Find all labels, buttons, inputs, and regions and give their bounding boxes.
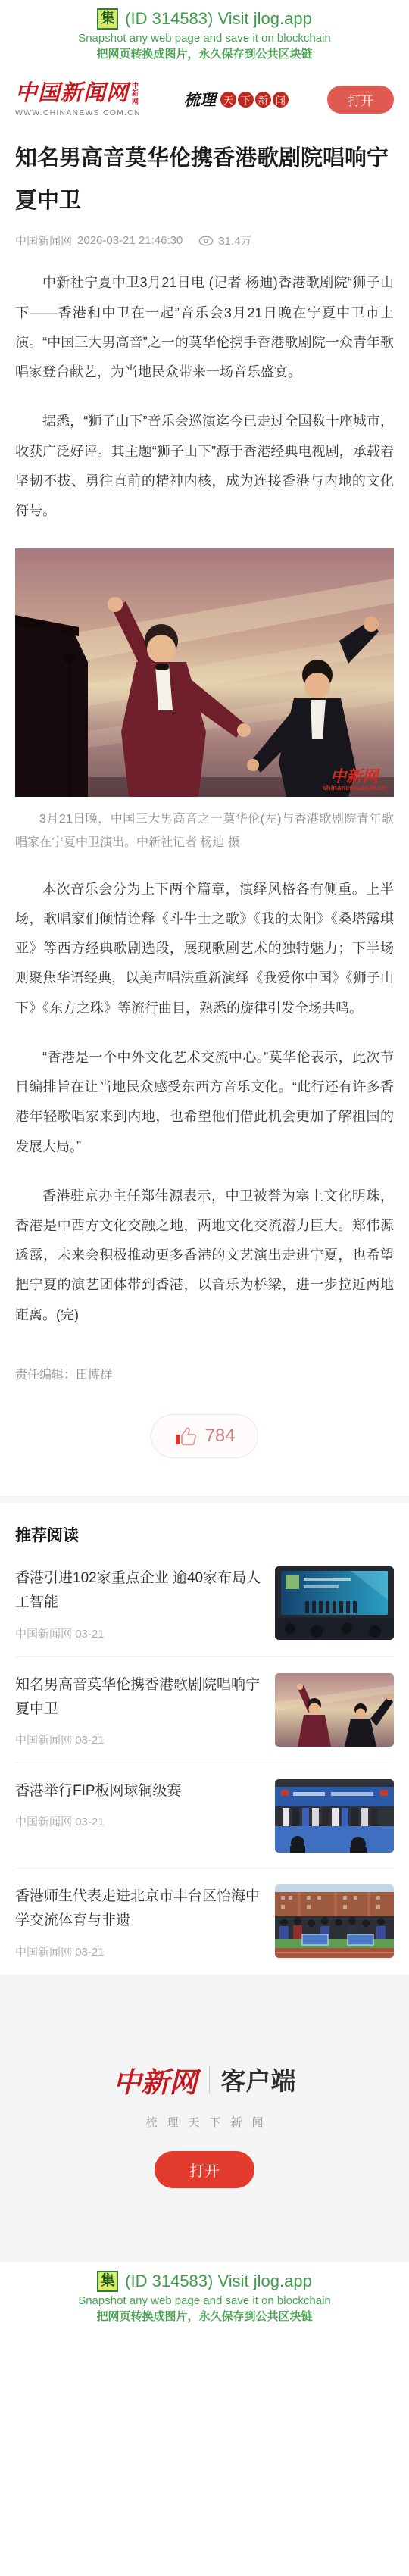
recommended-thumbnail [275, 1779, 394, 1853]
article-datetime: 2026-03-21 21:46:30 [77, 234, 183, 247]
open-app-button-header[interactable]: 打开 [327, 86, 394, 114]
jlog-banner-subtitle-zh: 把网页转换成图片，永久保存到公共区块链 [0, 2308, 409, 2324]
footer-slogan: 梳理天下新闻 [0, 2114, 409, 2130]
jlog-icon: 集 [97, 2271, 118, 2292]
slogan-circle-char: 天 [220, 92, 236, 108]
jlog-icon: 集 [97, 8, 118, 30]
recommended-source: 中国新闻网 03-21 [15, 1731, 263, 1747]
paragraph: 中新社宁夏中卫3月21日电 (记者 杨迪)香港歌剧院“狮子山下——香港和中卫在一… [15, 268, 394, 387]
slogan-prefix: 梳理 [184, 88, 216, 111]
jlog-banner-subtitle-en: Snapshot any web page and save it on blo… [0, 32, 409, 45]
article-source: 中国新闻网 [15, 233, 72, 248]
page: 集 (ID 314583) Visit jlog.app Snapshot an… [0, 0, 409, 2334]
slogan-graphic: 梳理 天 下 新 闻 [184, 88, 289, 111]
section-divider [0, 1496, 409, 1503]
recommended-item[interactable]: 香港举行FIP板网球铜级赛 中国新闻网 03-21 [15, 1763, 394, 1869]
recommended-source: 中国新闻网 03-21 [15, 1813, 263, 1829]
slogan-circle-char: 下 [238, 92, 254, 108]
jlog-ad-banner-bottom[interactable]: 集 (ID 314583) Visit jlog.app Snapshot an… [0, 2262, 409, 2334]
slogan-circle-char: 闻 [273, 92, 289, 108]
recommended-title: 香港引进102家重点企业 逾40家布局人工智能 [15, 1566, 263, 1616]
like-count: 784 [204, 1425, 235, 1447]
like-button[interactable]: 784 [151, 1414, 258, 1458]
article-body: 中新社宁夏中卫3月21日电 (记者 杨迪)香港歌剧院“狮子山下——香港和中卫在一… [15, 268, 394, 1330]
app-promo-footer: 中新网 客户端 梳理天下新闻 打开 [0, 1975, 409, 2262]
view-count: 31.4万 [218, 233, 251, 248]
recommended-item[interactable]: 知名男高音莫华伦携香港歌剧院唱响宁夏中卫 中国新闻网 03-21 [15, 1657, 394, 1764]
article-photo-figure: 中新网 chinanews.com.cn 3月21日晚，中国三大男高音之一莫华伦… [15, 548, 394, 854]
recommended-title: 知名男高音莫华伦携香港歌剧院唱响宁夏中卫 [15, 1673, 263, 1722]
paragraph: 据悉，“狮子山下”音乐会巡演迄今已走过全国数十座城市，收获广泛好评。其主题“狮子… [15, 407, 394, 526]
concert-photo-illustration [15, 548, 394, 797]
logo-text: 中国新闻网 [15, 81, 129, 104]
recommended-item[interactable]: 香港引进102家重点企业 逾40家布局人工智能 中国新闻网 03-21 [15, 1550, 394, 1657]
recommended-title: 香港师生代表走进北京市丰台区怡海中学交流体育与非遗 [15, 1884, 263, 1934]
jlog-ad-banner-top[interactable]: 集 (ID 314583) Visit jlog.app Snapshot an… [0, 0, 409, 71]
logo-url: WWW.CHINANEWS.COM.CN [15, 108, 141, 117]
jlog-banner-title: (ID 314583) Visit jlog.app [125, 2272, 312, 2291]
open-app-button-footer[interactable]: 打开 [155, 2151, 254, 2188]
paragraph: 本次音乐会分为上下两个篇章，演绎风格各有侧重。上半场，歌唱家们倾情诠释《斗牛士之… [15, 875, 394, 1023]
recommended-section: 推荐阅读 香港引进102家重点企业 逾40家布局人工智能 中国新闻网 03-21 [0, 1503, 409, 1975]
slogan-circle-char: 新 [255, 92, 271, 108]
watermark-url: chinanews.com.cn [323, 785, 386, 792]
footer-logo-divider [209, 2066, 210, 2094]
site-header: 中国新闻网 中 新 网 WWW.CHINANEWS.COM.CN 梳理 天 下 … [0, 71, 409, 124]
footer-app-label: 客户端 [221, 2062, 296, 2097]
paragraph: 香港驻京办主任郑伟源表示，中卫被誉为塞上文化明珠，香港是中西方文化交融之地，两地… [15, 1182, 394, 1330]
watermark-logo: 中新网 [323, 767, 386, 785]
jlog-banner-subtitle-en: Snapshot any web page and save it on blo… [0, 2294, 409, 2307]
article-photo: 中新网 chinanews.com.cn [15, 548, 394, 797]
recommended-thumbnail [275, 1884, 394, 1958]
footer-logo-group: 中新网 客户端 [0, 2059, 409, 2100]
editor-line: 责任编辑：田博群 [15, 1365, 394, 1382]
jlog-banner-title: (ID 314583) Visit jlog.app [125, 9, 312, 29]
photo-watermark: 中新网 chinanews.com.cn [323, 767, 386, 793]
thumbs-up-icon [173, 1425, 198, 1447]
eye-icon [198, 236, 214, 246]
article-meta: 中国新闻网 2026-03-21 21:46:30 31.4万 [15, 233, 394, 248]
recommended-source: 中国新闻网 03-21 [15, 1944, 263, 1959]
article: 知名男高音莫华伦携香港歌剧院唱响宁夏中卫 中国新闻网 2026-03-21 21… [0, 138, 409, 1458]
recommended-heading: 推荐阅读 [15, 1503, 394, 1550]
view-count-group: 31.4万 [198, 233, 251, 248]
chinanews-logo[interactable]: 中国新闻网 中 新 网 WWW.CHINANEWS.COM.CN [15, 81, 141, 117]
footer-logo: 中新网 [114, 2059, 198, 2100]
paragraph: “香港是一个中外文化艺术交流中心。”莫华伦表示，此次节目编排旨在让当地民众感受东… [15, 1043, 394, 1162]
photo-caption: 3月21日晚，中国三大男高音之一莫华伦(左)与香港歌剧院青年歌唱家在宁夏中卫演出… [15, 807, 394, 854]
recommended-title: 香港举行FIP板网球铜级赛 [15, 1779, 263, 1803]
recommended-source: 中国新闻网 03-21 [15, 1625, 263, 1641]
recommended-item[interactable]: 香港师生代表走进北京市丰台区怡海中学交流体育与非遗 中国新闻网 03-21 [15, 1869, 394, 1975]
logo-side-text: 中 新 网 [132, 82, 139, 105]
jlog-banner-subtitle-zh: 把网页转换成图片，永久保存到公共区块链 [0, 45, 409, 61]
like-row: 784 [15, 1414, 394, 1458]
article-title: 知名男高音莫华伦携香港歌剧院唱响宁夏中卫 [15, 138, 394, 222]
recommended-thumbnail [275, 1673, 394, 1747]
recommended-thumbnail [275, 1566, 394, 1640]
